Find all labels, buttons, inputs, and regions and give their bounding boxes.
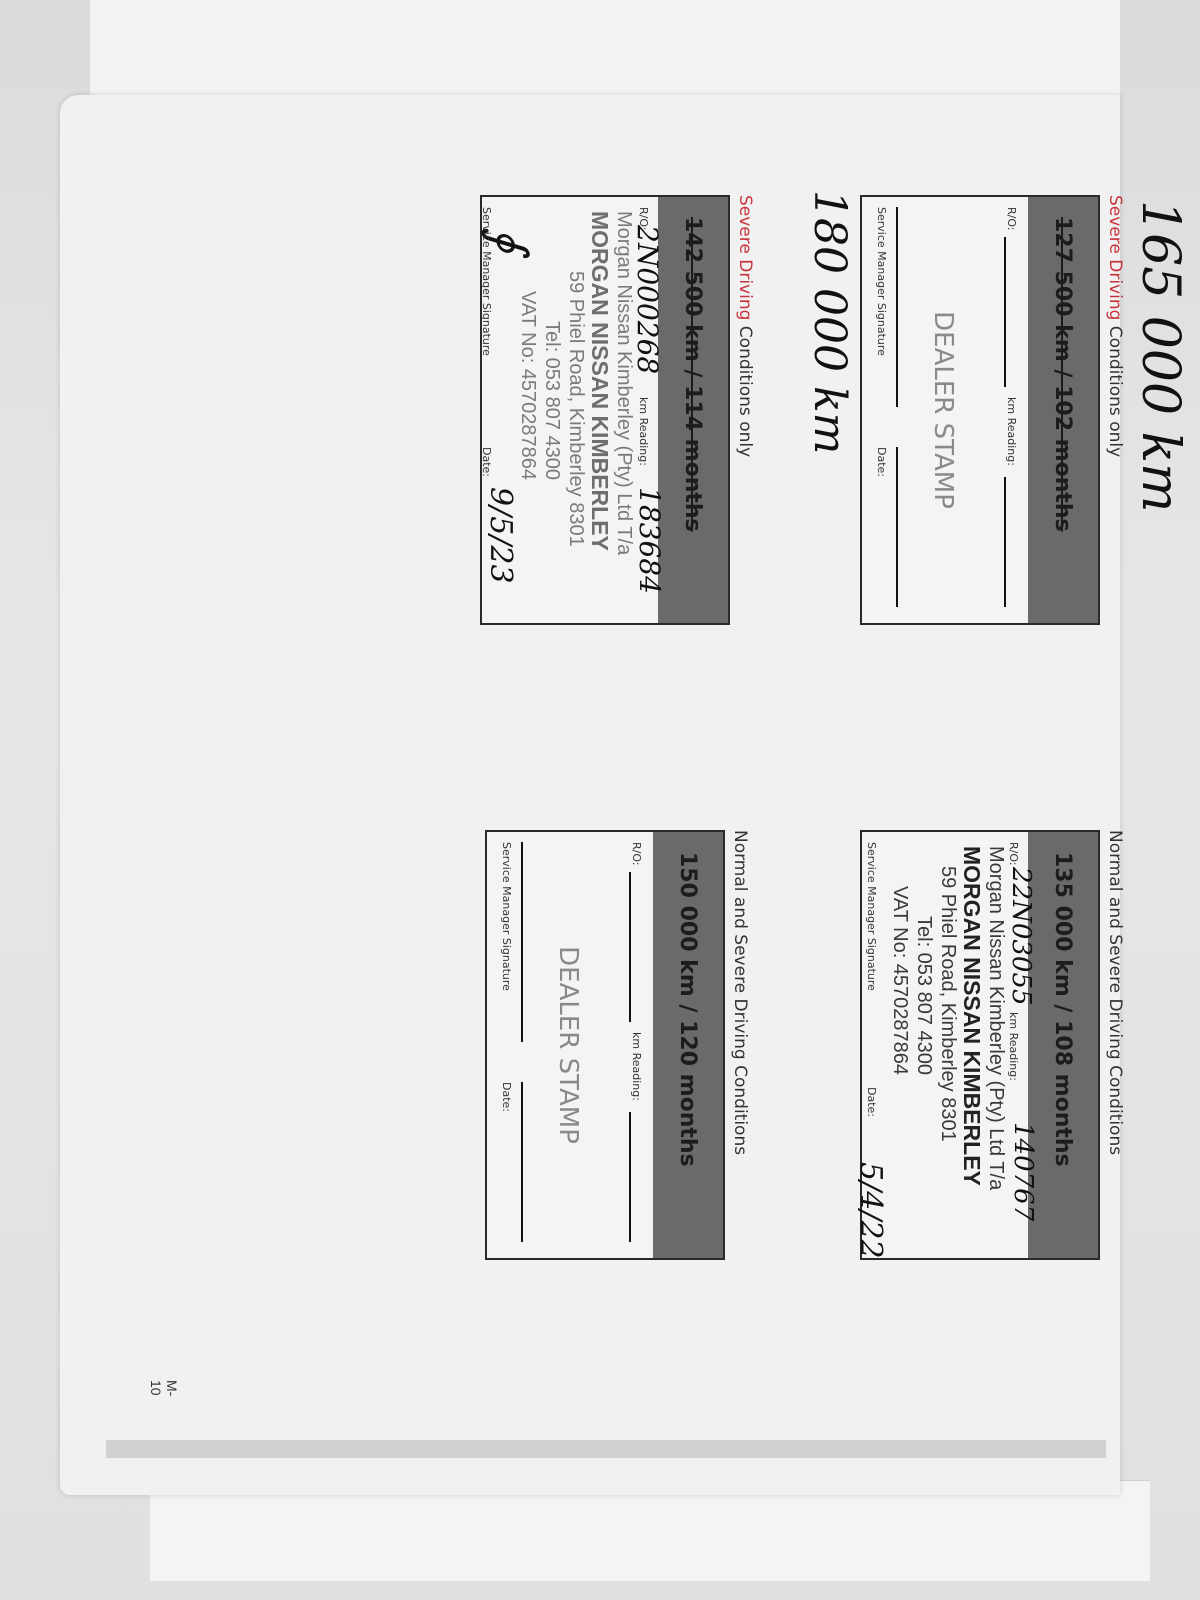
ro-field[interactable] xyxy=(1004,237,1006,387)
handwritten-date: 9/5/23 xyxy=(483,487,518,584)
signature-field[interactable] xyxy=(521,842,523,1042)
date-field[interactable] xyxy=(896,447,898,607)
ro-label: R/O: xyxy=(630,842,643,866)
km-reading-label: km Reading: xyxy=(637,397,650,466)
right-middle-caption: Normal and Severe Driving Conditions xyxy=(730,830,750,1155)
date-label: Date: xyxy=(500,1082,513,1112)
left-top-caption: Severe Driving Conditions only xyxy=(1105,195,1125,457)
handwritten-km-reading: 183684 xyxy=(633,487,666,594)
km-reading-label: km Reading: xyxy=(1007,1012,1020,1081)
date-label: Date: xyxy=(865,1087,878,1117)
dealer-stamp-placeholder: DEALER STAMP xyxy=(928,197,958,623)
card-header: 135 000 km / 108 months xyxy=(1028,832,1098,1258)
card-header: 127 500 km / 102 months xyxy=(1028,197,1098,623)
km-reading-field[interactable] xyxy=(629,1112,631,1242)
ro-label: R/O: xyxy=(1005,207,1018,231)
dealer-stamp: Morgan Nissan Kimberley (Pty) Ltd T/a MO… xyxy=(888,846,1008,1190)
back-cover-sheet xyxy=(150,1480,1150,1581)
dealer-stamp-placeholder: DEALER STAMP xyxy=(553,832,583,1258)
handwritten-note-180000: 180 000 km xyxy=(804,190,855,454)
handwritten-km-reading: 140767 xyxy=(1008,1122,1038,1221)
service-card-127500: 127 500 km / 102 months R/O: km Reading:… xyxy=(860,195,1100,625)
km-reading-label: km Reading: xyxy=(1005,397,1018,466)
booklet-edge xyxy=(106,1440,1106,1458)
handwritten-ro-number: 22N03055 xyxy=(1006,867,1036,1006)
ro-label: R/O: xyxy=(1007,842,1020,866)
right-top-caption: Normal and Severe Driving Conditions xyxy=(1105,830,1125,1155)
signature-field[interactable] xyxy=(896,207,898,407)
date-field[interactable] xyxy=(521,1082,523,1242)
card-header: 142 500 km / 114 months xyxy=(658,197,728,623)
signature-label: Service Manager Signature xyxy=(480,207,493,356)
date-label: Date: xyxy=(875,447,888,477)
km-reading-field[interactable] xyxy=(1004,477,1006,607)
handwritten-note-165000: 165 000 km xyxy=(1130,200,1190,512)
page-number: M-10 xyxy=(130,1380,180,1410)
service-record-spread: 165 000 km Severe Driving Conditions onl… xyxy=(140,140,1140,1430)
signature-label: Service Manager Signature xyxy=(500,842,513,991)
service-card-150000: 150 000 km / 120 months R/O: km Reading:… xyxy=(485,830,725,1260)
service-card-135000: 135 000 km / 108 months R/O: 22N03055 km… xyxy=(860,830,1100,1260)
service-card-142500: 142 500 km / 114 months R/O: 2N000268 km… xyxy=(480,195,730,625)
dealer-stamp: Morgan Nissan Kimberley (Pty) Ltd T/a MO… xyxy=(516,211,636,555)
ro-field[interactable] xyxy=(629,872,631,1022)
signature-label: Service Manager Signature xyxy=(875,207,888,356)
date-label: Date: xyxy=(480,447,493,477)
handwritten-date: 5/4/22 xyxy=(853,1162,888,1259)
card-header: 150 000 km / 120 months xyxy=(653,832,723,1258)
left-middle-caption: Severe Driving Conditions only xyxy=(735,195,755,457)
signature-label: Service Manager Signature xyxy=(865,842,878,991)
km-reading-label: km Reading: xyxy=(630,1032,643,1101)
